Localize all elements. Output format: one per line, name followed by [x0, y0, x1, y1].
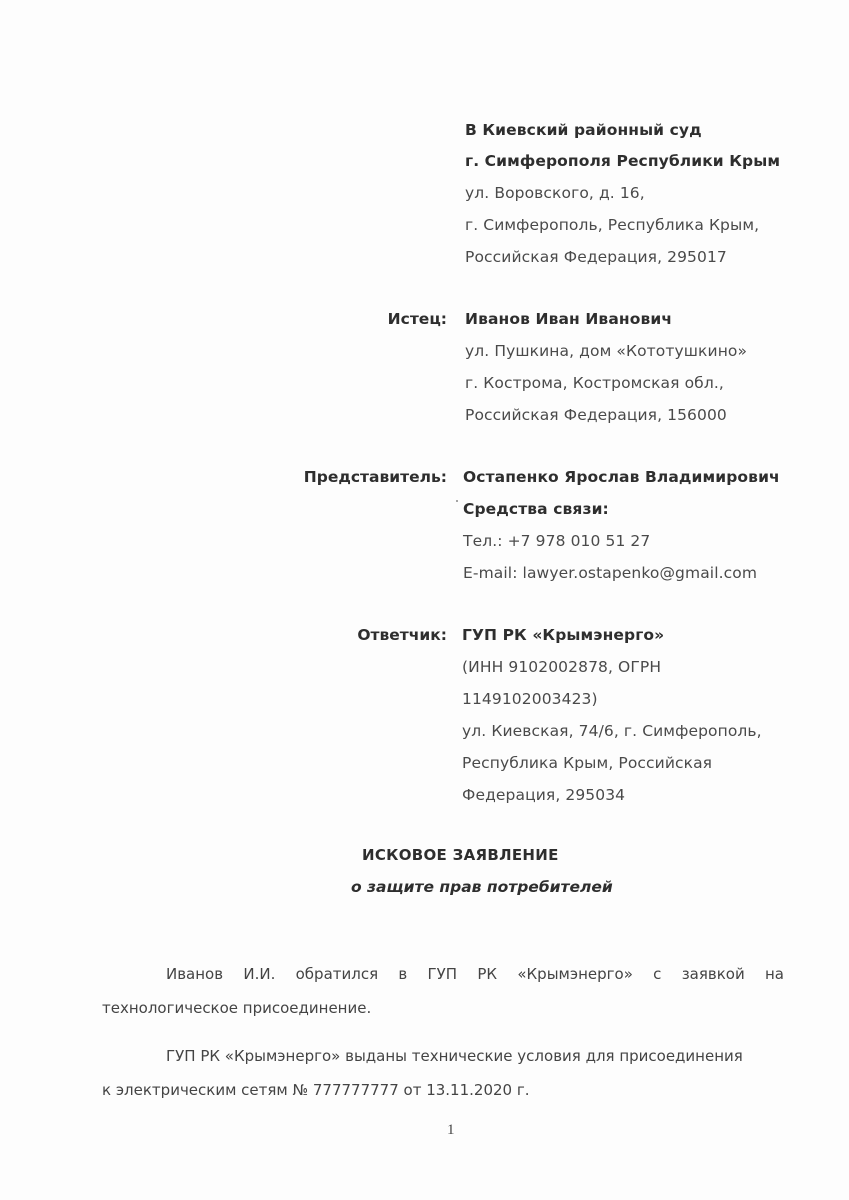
court-address-line3: Российская Федерация, 295017 [465, 248, 727, 266]
document-subtitle: о защите прав потребителей [351, 878, 613, 896]
representative-name: Остапенко Ярослав Владимирович [463, 468, 780, 486]
defendant-address-line3: Федерация, 295034 [462, 786, 625, 804]
court-address-line1: ул. Воровского, д. 16, [465, 184, 645, 202]
defendant-ids-line1: (ИНН 9102002878, ОГРН [462, 658, 661, 676]
representative-email: E-mail: lawyer.ostapenko@gmail.com [463, 564, 757, 582]
paragraph-1-line2: технологическое присоединение. [102, 991, 784, 1025]
paragraph-1: Иванов И.И. обратился в ГУП РК «Крымэнер… [102, 957, 784, 1025]
plaintiff-address-line1: ул. Пушкина, дом «Кототушкино» [465, 342, 747, 360]
paragraph-1-line1: Иванов И.И. обратился в ГУП РК «Крымэнер… [102, 957, 784, 991]
defendant-address-line1: ул. Киевская, 74/6, г. Симферополь, [462, 722, 762, 740]
scan-speck [456, 500, 458, 502]
defendant-name: ГУП РК «Крымэнерго» [462, 626, 664, 644]
defendant-address-line2: Республика Крым, Российская [462, 754, 712, 772]
representative-contacts-heading: Средства связи: [463, 500, 609, 518]
court-address-line2: г. Симферополь, Республика Крым, [465, 216, 759, 234]
defendant-ids-line2: 1149102003423) [462, 690, 598, 708]
plaintiff-address-line3: Российская Федерация, 156000 [465, 406, 727, 424]
representative-label: Представитель: [304, 468, 447, 486]
court-name-line1: В Киевский районный суд [465, 121, 702, 139]
plaintiff-label: Истец: [388, 310, 447, 328]
court-name-line2: г. Симферополя Республики Крым [465, 152, 780, 170]
plaintiff-address-line2: г. Кострома, Костромская обл., [465, 374, 724, 392]
defendant-label: Ответчик: [357, 626, 447, 644]
representative-phone: Тел.: +7 978 010 51 27 [463, 532, 650, 550]
document-page: В Киевский районный суд г. Симферополя Р… [0, 0, 849, 1200]
document-title: ИСКОВОЕ ЗАЯВЛЕНИЕ [362, 846, 559, 864]
paragraph-2: ГУП РК «Крымэнерго» выданы технические у… [102, 1039, 784, 1107]
page-number: 1 [447, 1122, 455, 1139]
paragraph-2-line1: ГУП РК «Крымэнерго» выданы технические у… [102, 1039, 784, 1073]
paragraph-2-line2: к электрическим сетям № 777777777 от 13.… [102, 1073, 784, 1107]
plaintiff-name: Иванов Иван Иванович [465, 310, 672, 328]
